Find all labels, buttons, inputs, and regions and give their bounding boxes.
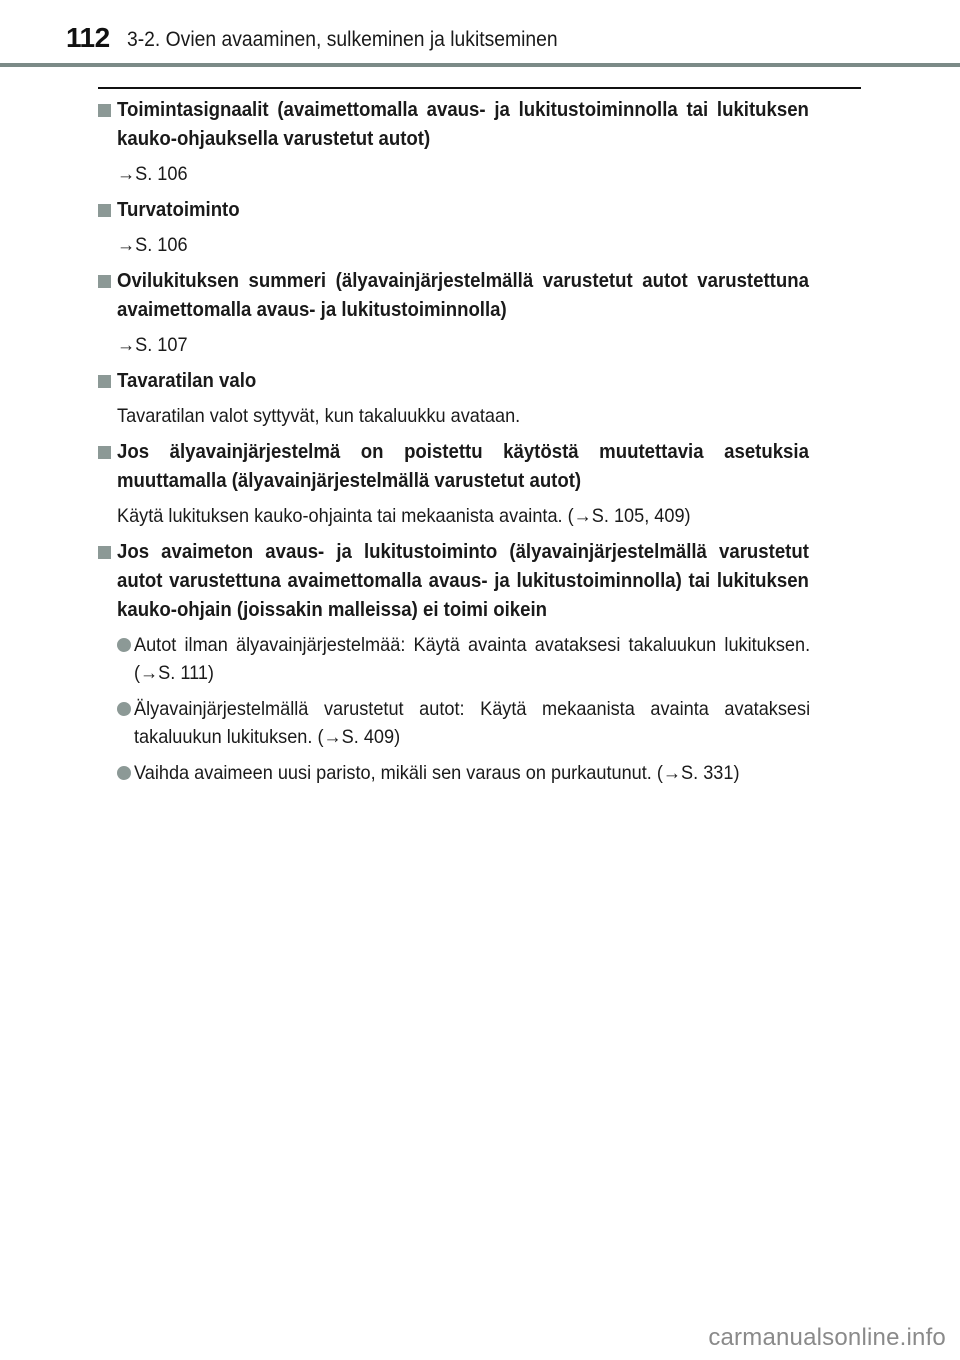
square-bullet-icon <box>98 275 111 288</box>
circle-bullet-icon <box>117 766 131 780</box>
page-reference-link[interactable]: →S. 106 <box>117 160 876 188</box>
section-heading: Toimintasignaalit (avaimettomalla avaus-… <box>98 96 861 154</box>
section-heading: Jos älyavainjärjestelmä on poistettu käy… <box>98 438 861 496</box>
heading-text: Jos älyavainjärjestelmä on poistettu käy… <box>117 438 809 496</box>
body-paragraph: Tavaratilan valot syttyvät, kun takaluuk… <box>117 402 876 430</box>
section-heading: Ovilukituksen summeri (älyavainjärjestel… <box>98 267 861 325</box>
square-bullet-icon <box>98 204 111 217</box>
heading-text: Ovilukituksen summeri (älyavainjärjestel… <box>117 267 809 325</box>
list-item-text: Älyavainjärjestelmällä varustetut autot:… <box>134 695 810 751</box>
section-heading: Jos avaimeton avaus- ja lukitustoiminto … <box>98 538 861 625</box>
content-body: Toimintasignaalit (avaimettomalla avaus-… <box>98 96 861 795</box>
section-security-function: Turvatoiminto →S. 106 <box>98 196 861 259</box>
section-heading: Tavaratilan valo <box>98 367 861 396</box>
section-luggage-light: Tavaratilan valo Tavaratilan valot sytty… <box>98 367 861 430</box>
page-header: 112 3-2. Ovien avaaminen, sulkeminen ja … <box>0 0 960 66</box>
watermark: carmanualsonline.info <box>708 1324 946 1352</box>
heading-text: Tavaratilan valo <box>117 367 809 396</box>
heading-text: Turvatoiminto <box>117 196 809 225</box>
heading-text: Jos avaimeton avaus- ja lukitustoiminto … <box>117 538 809 625</box>
list-item: Vaihda avaimeen uusi paristo, mikäli sen… <box>117 759 861 787</box>
list-item: Autot ilman älyavainjärjestelmää: Käytä … <box>117 631 861 687</box>
bullet-list: Autot ilman älyavainjärjestelmää: Käytä … <box>117 631 861 787</box>
circle-bullet-icon <box>117 638 131 652</box>
page-reference-link[interactable]: →S. 107 <box>117 331 876 359</box>
circle-bullet-icon <box>117 702 131 716</box>
list-item: Älyavainjärjestelmällä varustetut autot:… <box>117 695 861 751</box>
section-smart-key-disabled: Jos älyavainjärjestelmä on poistettu käy… <box>98 438 861 530</box>
list-item-text: Autot ilman älyavainjärjestelmää: Käytä … <box>134 631 810 687</box>
body-paragraph: Käytä lukituksen kauko-ohjainta tai meka… <box>117 502 876 530</box>
square-bullet-icon <box>98 104 111 117</box>
square-bullet-icon <box>98 446 111 459</box>
list-item-text: Vaihda avaimeen uusi paristo, mikäli sen… <box>134 759 810 787</box>
section-title: 3-2. Ovien avaaminen, sulkeminen ja luki… <box>127 29 558 50</box>
square-bullet-icon <box>98 546 111 559</box>
section-operation-signals: Toimintasignaalit (avaimettomalla avaus-… <box>98 96 861 188</box>
section-heading: Turvatoiminto <box>98 196 861 225</box>
square-bullet-icon <box>98 375 111 388</box>
section-door-lock-buzzer: Ovilukituksen summeri (älyavainjärjestel… <box>98 267 861 359</box>
page-reference-link[interactable]: →S. 106 <box>117 231 876 259</box>
page-number: 112 <box>66 24 110 52</box>
header-divider-bar <box>0 63 960 67</box>
heading-text: Toimintasignaalit (avaimettomalla avaus-… <box>117 96 809 154</box>
section-keyless-malfunction: Jos avaimeton avaus- ja lukitustoiminto … <box>98 538 861 787</box>
content-top-rule <box>98 87 861 89</box>
